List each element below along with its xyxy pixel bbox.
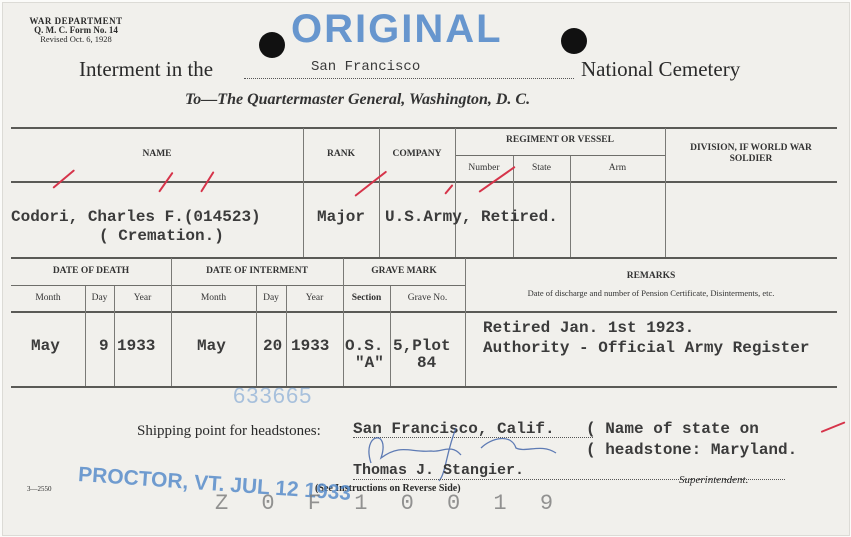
soldier-note: ( Cremation.)	[99, 227, 224, 245]
table2-header-border	[11, 311, 837, 313]
form-code: 3—2550	[27, 485, 52, 493]
vline-company	[455, 128, 456, 257]
header-arm: Arm	[570, 163, 665, 173]
header-section: Section	[343, 293, 390, 303]
state-note-line2: ( headstone: Maryland.	[586, 441, 797, 459]
header-company: COMPANY	[379, 149, 455, 159]
header-grave-mark: GRAVE MARK	[343, 266, 465, 276]
regiment-divider	[455, 155, 665, 156]
header-date-of-interment: DATE OF INTERMENT	[171, 266, 343, 276]
vline-name	[303, 128, 304, 257]
plot-number: 84	[417, 354, 436, 372]
death-year: 1933	[117, 337, 155, 355]
vline-death	[171, 258, 172, 386]
superintendent-label: Superintendent.	[679, 474, 748, 486]
header-death-year: Year	[114, 293, 171, 303]
header-division: DIVISION, IF WORLD WAR SOLDIER	[671, 143, 831, 165]
grave-number: 5,Plot	[393, 337, 451, 355]
death-day: 9	[99, 337, 109, 355]
table1-top-border	[11, 127, 837, 129]
punch-hole-left	[259, 32, 285, 58]
table2-bottom-border	[11, 386, 837, 388]
revised-date: Revised Oct. 6, 1928	[11, 35, 141, 44]
header-remarks-sub: Date of discharge and number of Pension …	[465, 288, 837, 298]
header-int-year: Year	[286, 293, 343, 303]
form-header-block: WAR DEPARTMENT Q. M. C. Form No. 14 Revi…	[11, 17, 141, 44]
check-mark-icon	[354, 171, 387, 197]
header-rank: RANK	[303, 149, 379, 159]
check-mark-icon	[821, 421, 846, 433]
remarks-line2: Authority - Official Army Register	[483, 339, 809, 357]
death-month: May	[31, 337, 60, 355]
vline-arm	[665, 128, 666, 257]
interment-month: May	[197, 337, 226, 355]
soldier-name: Codori, Charles F.(014523)	[11, 208, 261, 226]
header-death-day: Day	[85, 293, 114, 303]
header-date-of-death: DATE OF DEATH	[11, 266, 171, 276]
original-stamp: ORIGINAL	[291, 7, 503, 52]
header-name: NAME	[11, 149, 303, 159]
soldier-rank: Major	[317, 208, 365, 226]
header-remarks: REMARKS	[465, 271, 837, 281]
title-suffix: National Cemetery	[581, 57, 740, 82]
shipping-label: Shipping point for headstones:	[137, 423, 321, 440]
vline-rank	[379, 128, 380, 257]
check-mark-icon	[444, 184, 453, 194]
check-mark-icon	[52, 169, 75, 189]
section-letter: "A"	[355, 354, 384, 372]
interment-day: 20	[263, 337, 282, 355]
header-death-month: Month	[11, 293, 85, 303]
vline-interment	[343, 258, 344, 386]
header-state: State	[513, 163, 570, 173]
soldier-company: U.S.Army, Retired.	[385, 208, 558, 226]
header-regiment: REGIMENT OR VESSEL	[455, 135, 665, 145]
header-grave-no: Grave No.	[390, 293, 465, 303]
header-int-month: Month	[171, 293, 256, 303]
interment-form: WAR DEPARTMENT Q. M. C. Form No. 14 Revi…	[2, 2, 850, 536]
section-value: O.S.	[345, 337, 383, 355]
remarks-line1: Retired Jan. 1st 1923.	[483, 319, 694, 337]
serial-stamp: 633665	[233, 383, 312, 409]
table1-bottom-border	[11, 257, 837, 259]
state-note-line1: ( Name of state on	[586, 420, 759, 438]
punch-hole-right	[561, 28, 587, 54]
stamped-number: Z 0 F 1 0 0 1 9	[215, 491, 563, 516]
header-int-day: Day	[256, 293, 286, 303]
cemetery-name: San Francisco	[311, 59, 420, 75]
addressee: To—The Quartermaster General, Washington…	[185, 91, 530, 109]
interment-year: 1933	[291, 337, 329, 355]
title-prefix: Interment in the	[79, 57, 213, 82]
superintendent-name: Thomas J. Stangier.	[353, 462, 524, 479]
table2-group-divider	[11, 285, 465, 286]
table1-header-border	[11, 181, 837, 183]
cemetery-underline	[244, 78, 574, 79]
